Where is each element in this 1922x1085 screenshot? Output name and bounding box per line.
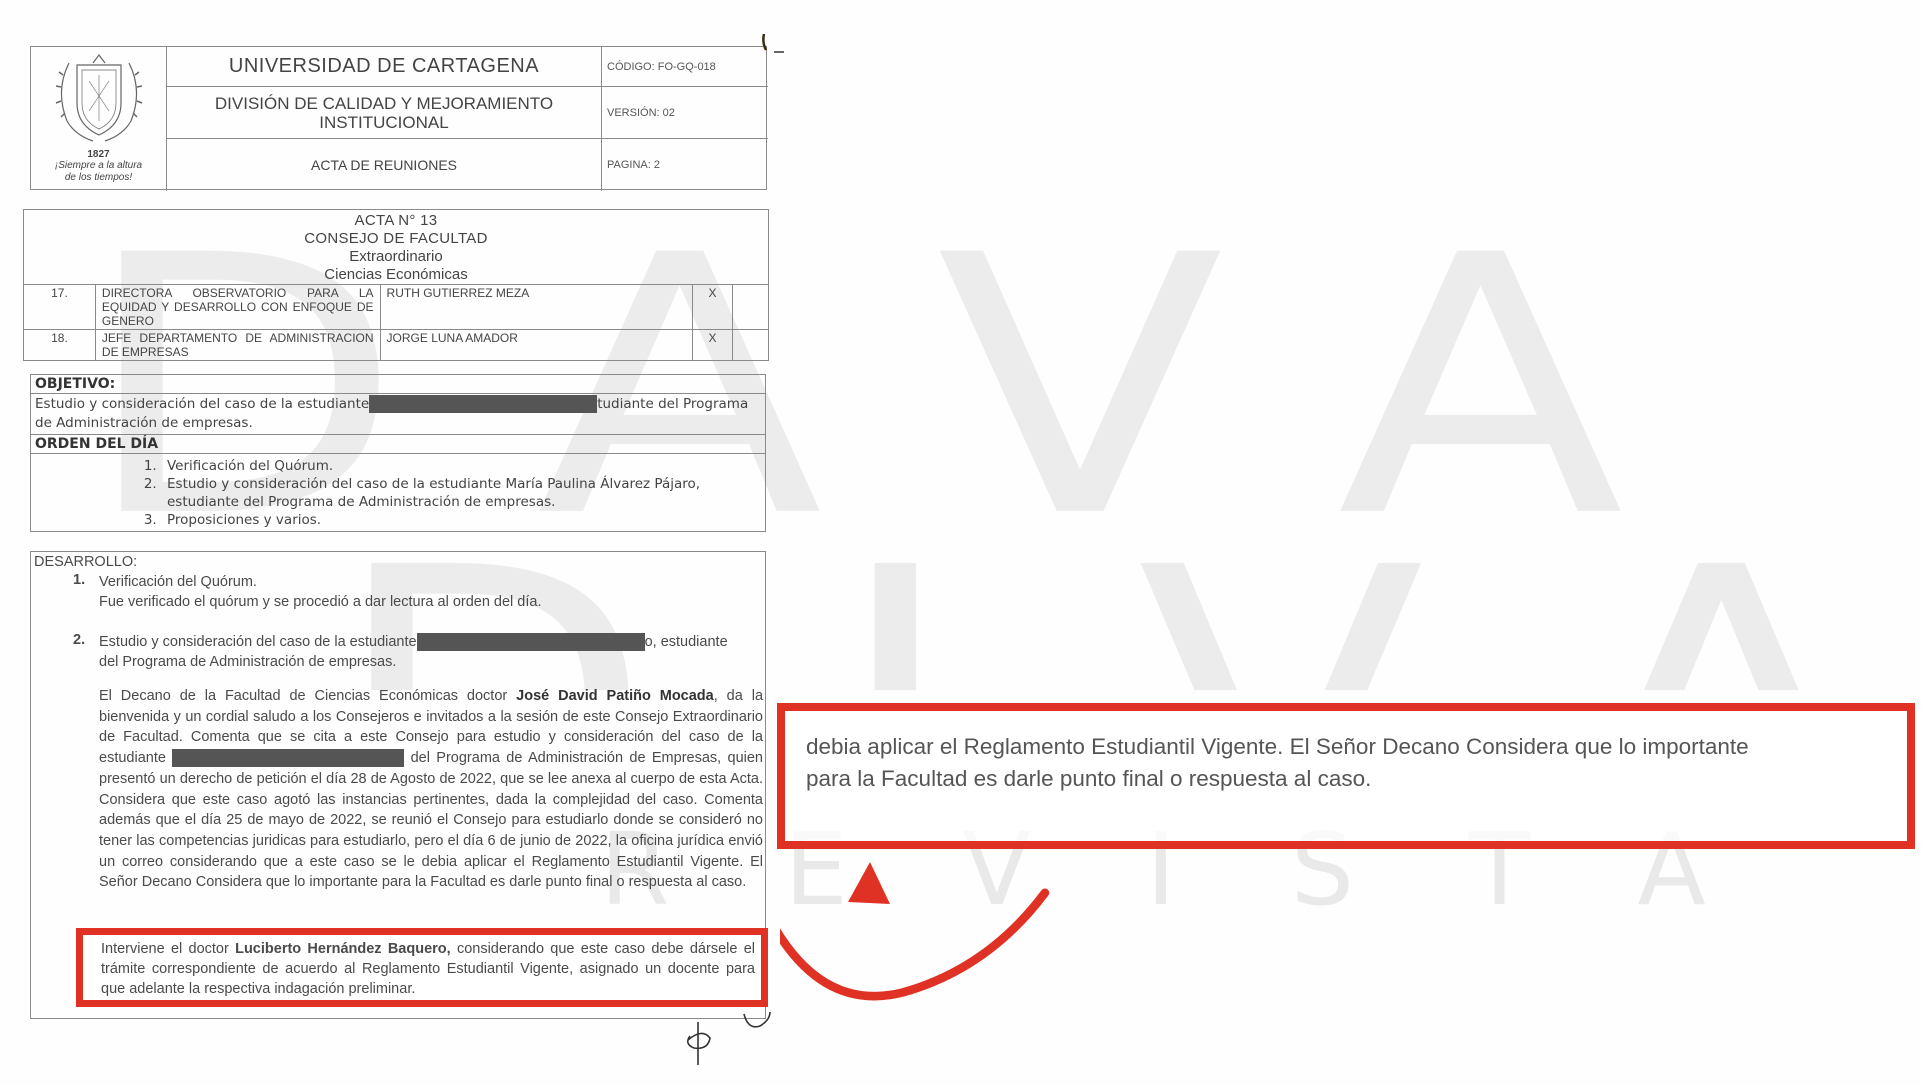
- handwritten-initials-icon: [680, 1010, 790, 1070]
- row-present: X: [693, 285, 733, 330]
- enlarged-callout: debia aplicar el Reglamento Estudiantil …: [777, 703, 1915, 849]
- item2-text-before: Estudio y consideración del caso de la e…: [99, 634, 417, 650]
- row-number: 17.: [24, 285, 96, 330]
- header-meta: CÓDIGO: FO-GQ-018 VERSIÓN: 02 PAGINA: 2: [602, 47, 768, 191]
- dean-name: José David Patiño Mocada: [516, 688, 714, 704]
- university-crest-icon: [49, 51, 149, 147]
- row-absent: [733, 285, 769, 330]
- agenda-item: Verificación del Quórum.: [161, 457, 765, 475]
- row-name: JORGE LUNA AMADOR: [380, 330, 693, 361]
- item-number: 1.: [73, 572, 85, 588]
- objective-section: OBJETIVO: Estudio y consideración del ca…: [30, 374, 766, 532]
- objective-text-before: Estudio y consideración del caso de la e…: [35, 396, 369, 412]
- item-text: Fue verificado el quórum y se procedió a…: [73, 592, 542, 612]
- row-role: JEFE DEPARTAMENTO DE ADMINISTRACION DE E…: [95, 330, 380, 361]
- codigo: CÓDIGO: FO-GQ-018: [602, 47, 768, 87]
- version: VERSIÓN: 02: [602, 87, 768, 139]
- para-text: del Programa de Administración de Empres…: [99, 750, 763, 890]
- attendance-table: 17. DIRECTORA OBSERVATORIO PARA LA EQUID…: [23, 284, 769, 361]
- header-titles: UNIVERSIDAD DE CARTAGENA DIVISIÓN DE CAL…: [167, 47, 602, 191]
- para-text: Interviene el doctor: [101, 941, 235, 957]
- callout-line-1: debia aplicar el Reglamento Estudiantil …: [806, 731, 1907, 763]
- callout-line-2: para la Facultad es darle punto final o …: [806, 763, 1907, 795]
- redaction-bar: [369, 395, 597, 413]
- development-item-2: 2. Estudio y consideración del caso de l…: [73, 632, 763, 672]
- row-role: DIRECTORA OBSERVATORIO PARA LA EQUIDAD Y…: [95, 285, 380, 330]
- development-heading: DESARROLLO:: [31, 552, 765, 572]
- acta-faculty: Ciencias Económicas: [24, 266, 768, 284]
- item-text: del Programa de Administración de empres…: [73, 652, 763, 672]
- redaction-bar: [417, 633, 645, 651]
- curved-arrow-icon: [780, 860, 1100, 1040]
- motto-line-1: ¡Siempre a la altura: [55, 160, 142, 172]
- speaker-name: Luciberto Hernández Baquero,: [235, 941, 451, 957]
- acta-title-block: ACTA N° 13 CONSEJO DE FACULTAD Extraordi…: [23, 209, 769, 285]
- division-name: DIVISIÓN DE CALIDAD Y MEJORAMIENTO INSTI…: [167, 87, 601, 139]
- item-number: 2.: [73, 632, 85, 648]
- table-row: 18. JEFE DEPARTAMENTO DE ADMINISTRACION …: [24, 330, 769, 361]
- document-type: ACTA DE REUNIONES: [167, 139, 601, 191]
- handwritten-mark-icon: [762, 30, 792, 60]
- objective-heading: OBJETIVO:: [31, 375, 765, 394]
- item-title: Verificación del Quórum.: [73, 572, 542, 592]
- document-header: 1827 ¡Siempre a la altura de los tiempos…: [30, 46, 767, 190]
- highlighted-paragraph: Interviene el doctor Luciberto Hernández…: [76, 928, 768, 1007]
- agenda-item: Estudio y consideración del caso de la e…: [161, 475, 765, 511]
- redaction-bar: [172, 749, 404, 767]
- agenda-item: Proposiciones y varios.: [161, 511, 765, 529]
- university-name: UNIVERSIDAD DE CARTAGENA: [167, 47, 601, 87]
- dean-paragraph: El Decano de la Facultad de Ciencias Eco…: [99, 686, 763, 893]
- logo-cell: 1827 ¡Siempre a la altura de los tiempos…: [31, 47, 167, 191]
- row-absent: [733, 330, 769, 361]
- table-row: 17. DIRECTORA OBSERVATORIO PARA LA EQUID…: [24, 285, 769, 330]
- acta-kind: Extraordinario: [24, 248, 768, 266]
- motto: ¡Siempre a la altura de los tiempos!: [55, 160, 142, 184]
- row-name: RUTH GUTIERREZ MEZA: [380, 285, 693, 330]
- objective-text: Estudio y consideración del caso de la e…: [31, 394, 765, 435]
- motto-line-2: de los tiempos!: [55, 172, 142, 184]
- pagina: PAGINA: 2: [602, 139, 768, 191]
- item2-text-after: o, estudiante: [645, 634, 728, 650]
- agenda-heading: ORDEN DEL DÍA: [31, 435, 765, 454]
- development-item-1: 1. Verificación del Quórum. Fue verifica…: [73, 572, 542, 612]
- agenda-list: Verificación del Quórum. Estudio y consi…: [31, 454, 765, 531]
- item-title: Estudio y consideración del caso de la e…: [73, 632, 763, 652]
- acta-number: ACTA N° 13: [24, 212, 768, 230]
- row-present: X: [693, 330, 733, 361]
- para-text: El Decano de la Facultad de Ciencias Eco…: [99, 688, 516, 704]
- founding-year: 1827: [87, 149, 109, 160]
- row-number: 18.: [24, 330, 96, 361]
- acta-council: CONSEJO DE FACULTAD: [24, 230, 768, 248]
